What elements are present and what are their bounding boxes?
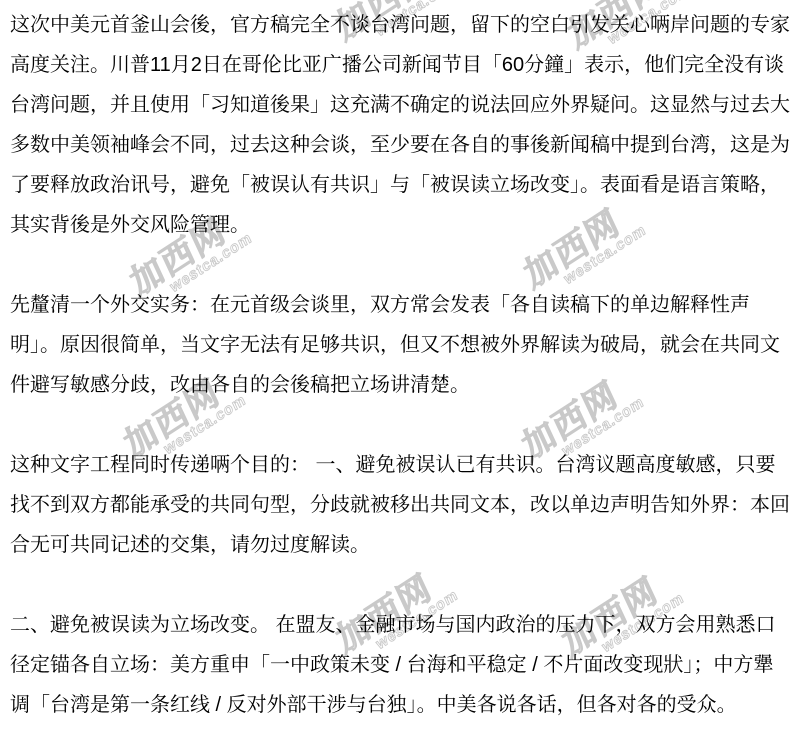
paragraph-3: 这种文字工程同时传递唡个目的： 一、避免被误认已有共识。台湾议题高度敏感，只要找… bbox=[10, 445, 790, 565]
article-content: 这次中美元首釜山会後，官方稿完全不谈台湾问题，留下的空白引发关心唡岸问题的专家高… bbox=[0, 0, 800, 725]
paragraph-1: 这次中美元首釜山会後，官方稿完全不谈台湾问题，留下的空白引发关心唡岸问题的专家高… bbox=[10, 5, 790, 245]
article-page: 加西网westca.com加西网westca.com加西网westca.com加… bbox=[0, 0, 800, 736]
paragraph-2: 先釐清一个外交实务：在元首级会谈里，双方常会发表「各自读稿下的单边解释性声明」。… bbox=[10, 285, 790, 405]
paragraph-4: 二、避免被误读为立场改变。 在盟友、金融市场与国内政治的压力下，双方会用熟悉口径… bbox=[10, 605, 790, 725]
